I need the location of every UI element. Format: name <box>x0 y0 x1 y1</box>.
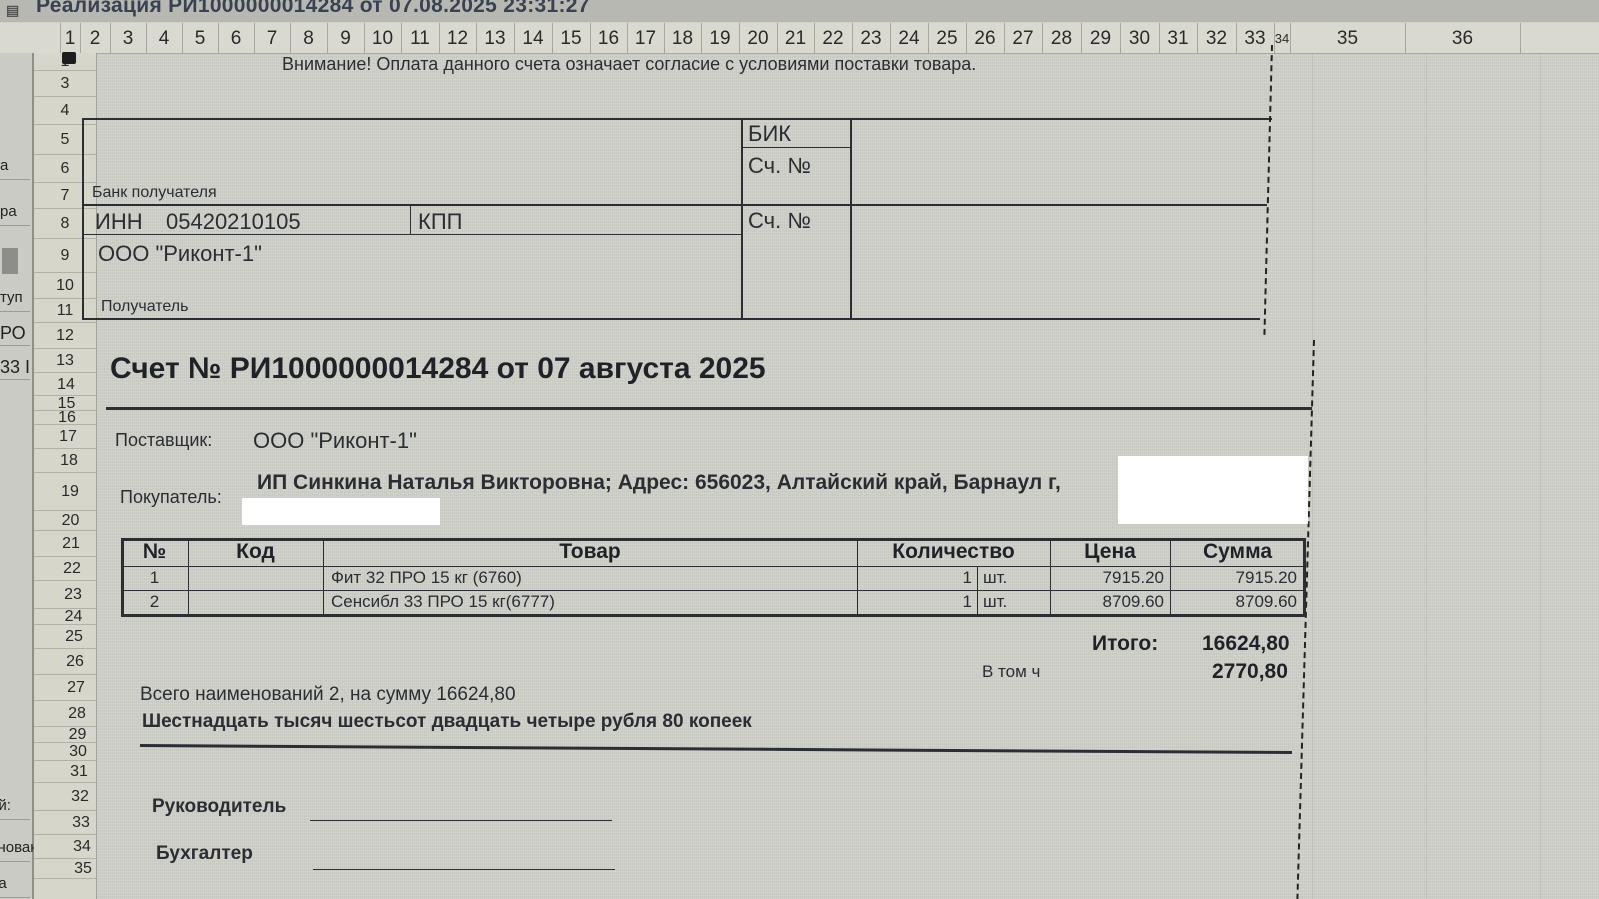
buyer-label: Покупатель: <box>120 487 222 508</box>
row-sum: 7915.20 <box>1170 568 1297 588</box>
table-header-no: № <box>121 540 188 564</box>
vat-value: 2770,80 <box>1212 660 1288 684</box>
bank-label: Банк получателя <box>92 184 217 202</box>
row-price: 7915.20 <box>1050 568 1164 588</box>
total-label: Итого: <box>1092 632 1158 656</box>
invoice-title: Счет № РИ1000000014284 от 07 августа 202… <box>110 352 766 386</box>
bik-divider <box>741 147 851 148</box>
page-break-line-lower <box>1296 340 1315 899</box>
row-unit: шт. <box>983 568 1007 588</box>
recipient-name: ООО "Риконт-1" <box>98 241 262 267</box>
row-sum: 8709.60 <box>1170 592 1297 612</box>
summary-underline <box>140 744 1292 754</box>
vat-label: В том ч <box>982 662 1040 682</box>
row-unit: шт. <box>983 592 1007 612</box>
director-label: Руководитель <box>152 796 286 818</box>
accountant-label: Бухгалтер <box>156 843 253 865</box>
row-number: 2 <box>121 592 188 612</box>
table-header-qty: Количество <box>857 540 1050 564</box>
qty-unit-divider <box>977 566 978 614</box>
row-quantity: 1 <box>900 568 972 588</box>
table-header-code: Код <box>188 540 323 564</box>
accountant-signature-line[interactable] <box>313 869 615 870</box>
inn-value: 05420210105 <box>166 209 301 235</box>
bank-block-divider-2 <box>850 118 852 320</box>
table-header-price: Цена <box>1050 540 1170 564</box>
bank-block-divider-1 <box>741 118 743 320</box>
kpp-label: КПП <box>418 209 462 235</box>
row-number: 1 <box>121 568 188 588</box>
table-row-divider <box>121 590 1305 591</box>
payment-warning: Внимание! Оплата данного счета означает … <box>282 54 976 75</box>
summary-line: Всего наименований 2, на сумму 16624,80 <box>140 684 516 706</box>
row-price: 8709.60 <box>1050 592 1164 612</box>
bank-block-border-left <box>82 118 84 320</box>
bank-block-mid-line <box>82 204 1267 206</box>
table-row-divider <box>121 566 1305 567</box>
table-header-sum: Сумма <box>1170 540 1305 564</box>
redacted-buyer-detail <box>242 498 440 525</box>
row-item-name: Фит 32 ПРО 15 кг (6760) <box>331 568 522 588</box>
director-signature-line[interactable] <box>310 820 612 821</box>
title-underline <box>106 407 1312 410</box>
inn-kpp-divider <box>410 204 411 235</box>
page-break-line-upper <box>1263 45 1273 335</box>
supplier-label: Поставщик: <box>115 430 212 451</box>
total-value: 16624,80 <box>1202 632 1290 656</box>
redacted-address-part <box>1118 456 1308 524</box>
amount-in-words: Шестнадцать тысяч шестьсот двадцать четы… <box>142 711 752 733</box>
bank-block-border-bottom <box>82 318 1260 320</box>
row-item-name: Сенсибл 33 ПРО 15 кг(6777) <box>331 592 555 612</box>
recipient-label: Получатель <box>101 298 188 316</box>
table-border-bottom <box>121 614 1305 617</box>
table-header-item: Товар <box>323 540 857 564</box>
buyer-value: ИП Синкина Наталья Викторовна; Адрес: 65… <box>257 471 1061 495</box>
account-label-2: Сч. № <box>748 208 811 234</box>
inn-label: ИНН <box>95 209 143 235</box>
bank-block-border-top <box>82 118 1272 120</box>
supplier-value: ООО "Риконт-1" <box>253 428 417 454</box>
account-label-1: Сч. № <box>748 153 811 179</box>
row-quantity: 1 <box>900 592 972 612</box>
invoice-document: Внимание! Оплата данного счета означает … <box>0 0 1599 899</box>
bik-label: БИК <box>748 121 791 147</box>
